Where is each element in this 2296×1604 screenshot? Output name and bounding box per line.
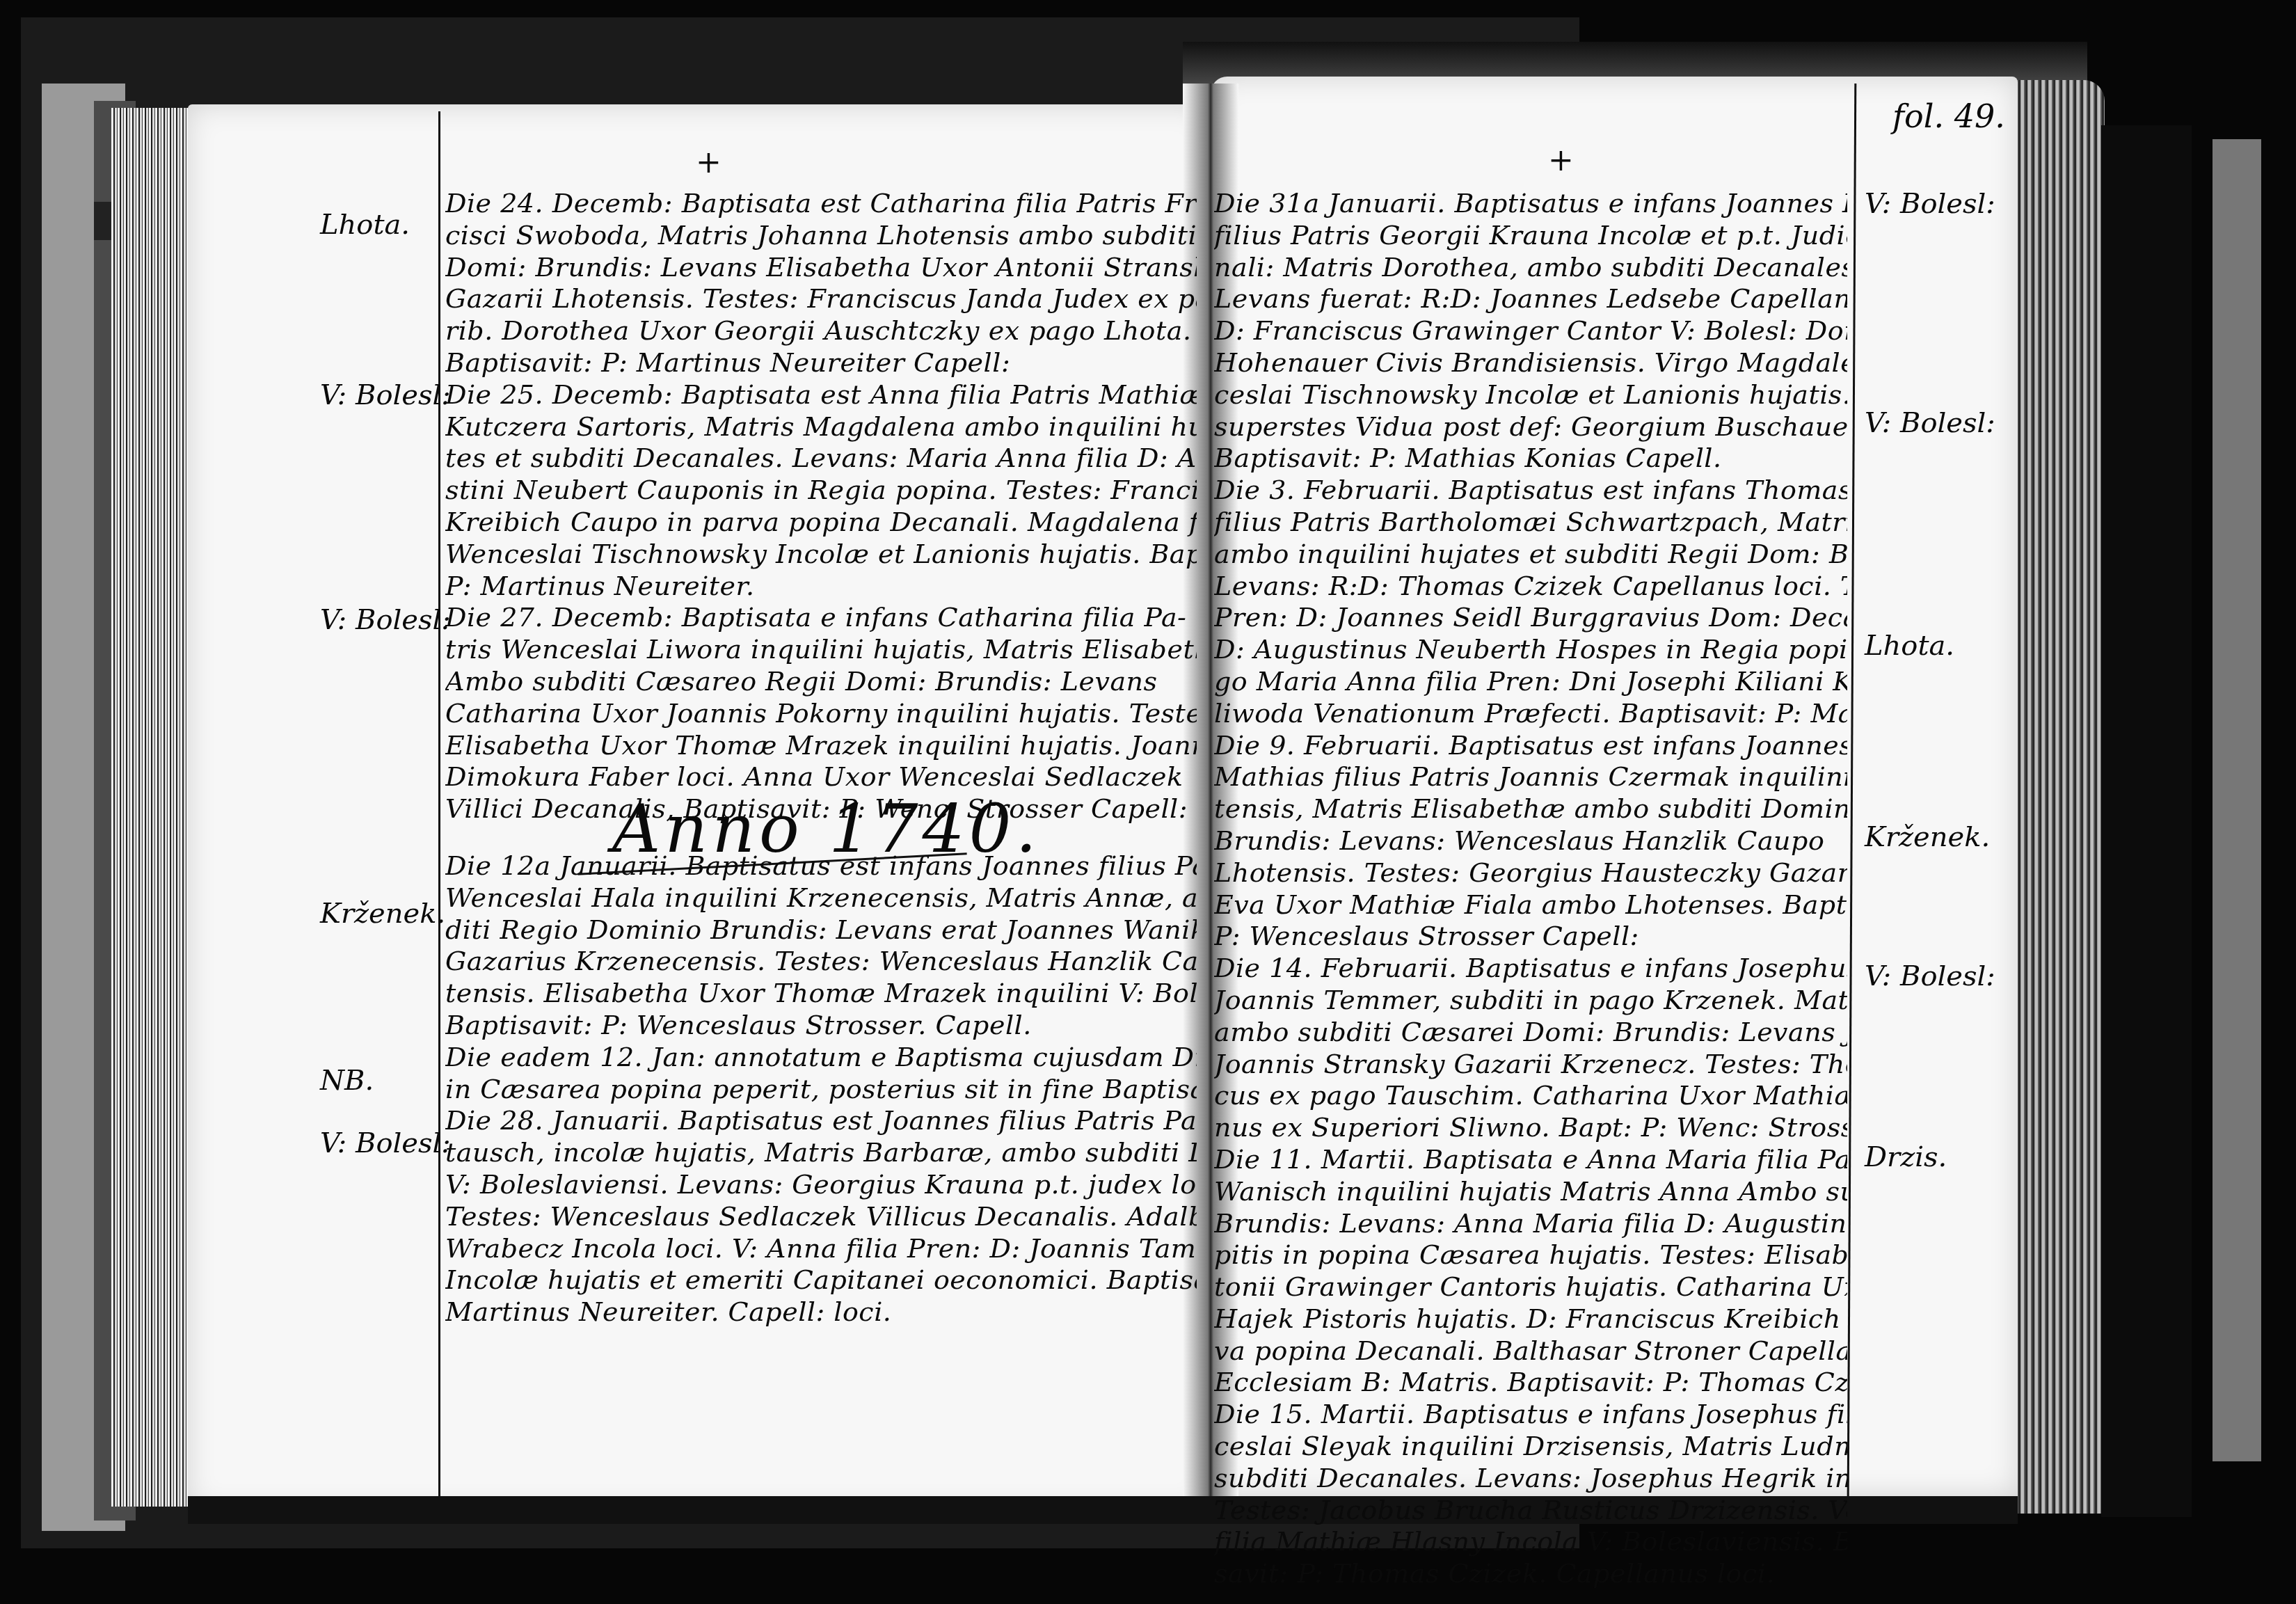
margin-place-note: V: Bolesl:: [320, 379, 451, 411]
handwritten-line: tensis. Elisabetha Uxor Thomæ Mrazek inq…: [445, 978, 1197, 1010]
handwritten-line: filia Mathiæ Hlasny Incola V: Boleslavie…: [1214, 1526, 1847, 1558]
background-board-right: [2213, 139, 2261, 1461]
handwritten-line: Die 15. Martii. Baptisatus e infans Jose…: [1214, 1399, 1847, 1431]
handwritten-line: savit: P: Thomas Czizek. Capellanus loci…: [1214, 1558, 1847, 1590]
handwritten-line: Wrabecz Incola loci. V: Anna filia Pren:…: [445, 1233, 1197, 1265]
handwritten-line: nus ex Superiori Sliwno. Bapt: P: Wenc: …: [1214, 1112, 1847, 1144]
handwritten-line: Baptisavit: P: Mathias Konias Capell.: [1214, 443, 1847, 475]
margin-place-note: Drzis.: [1865, 1141, 1947, 1173]
handwritten-line: Kutczera Sartoris, Matris Magdalena ambo…: [445, 411, 1197, 443]
handwritten-line: subditi Decanales. Levans: Josephus Hegr…: [1214, 1463, 1847, 1495]
left-page-entries-1740: Die 12a Januarii. Baptisatus est infans …: [445, 850, 1197, 1328]
handwritten-line: go Maria Anna filia Pren: Dni Josephi Ki…: [1214, 666, 1847, 698]
handwritten-line: Domi: Brundis: Levans Elisabetha Uxor An…: [445, 252, 1197, 284]
margin-place-note: Lhota.: [320, 209, 410, 241]
handwritten-line: Die 9. Februarii. Baptisatus est infans …: [1214, 730, 1847, 762]
handwritten-line: Gazarius Krzenecensis. Testes: Wenceslau…: [445, 946, 1197, 978]
left-page-entries-1739: Die 24. Decemb: Baptisata est Catharina …: [445, 188, 1197, 825]
handwritten-line: Martinus Neureiter. Capell: loci.: [445, 1296, 1197, 1328]
handwritten-line: Brundis: Levans: Anna Maria filia D: Aug…: [1214, 1208, 1847, 1240]
handwritten-line: Joannis Temmer, subditi in pago Krzenek.…: [1214, 985, 1847, 1017]
handwritten-line: Dimokura Faber loci. Anna Uxor Wenceslai…: [445, 761, 1197, 793]
handwritten-line: Ambo subditi Cæsareo Regii Domi: Brundis…: [445, 666, 1197, 698]
margin-place-note: V: Bolesl:: [320, 1127, 451, 1159]
margin-place-note: V: Bolesl:: [320, 604, 451, 636]
handwritten-line: Die 28. Januarii. Baptisatus est Joannes…: [445, 1105, 1197, 1137]
handwritten-line: Die eadem 12. Jan: annotatum e Baptisma …: [445, 1042, 1197, 1074]
margin-place-note: V: Bolesl:: [1865, 188, 1995, 220]
handwritten-line: Kreibich Caupo in parva popina Decanali.…: [445, 507, 1197, 539]
handwritten-line: in Cæsarea popina peperit, posterius sit…: [445, 1074, 1197, 1106]
cross-mark-right: +: [1548, 143, 1574, 178]
handwritten-line: P: Martinus Neureiter.: [445, 571, 1197, 603]
handwritten-line: filius Patris Georgii Krauna Incolæ et p…: [1214, 220, 1847, 252]
handwritten-line: Die 25. Decemb: Baptisata est Anna filia…: [445, 379, 1197, 411]
handwritten-line: Eva Uxor Mathiæ Fiala ambo Lhotenses. Ba…: [1214, 889, 1847, 921]
handwritten-line: nali: Matris Dorothea, ambo subditi Deca…: [1214, 252, 1847, 284]
handwritten-line: Mathias filius Patris Joannis Czermak in…: [1214, 761, 1847, 793]
handwritten-line: Catharina Uxor Joannis Pokorny inquilini…: [445, 698, 1197, 730]
handwritten-line: Incolæ hujatis et emeriti Capitanei oeco…: [445, 1264, 1197, 1296]
handwritten-line: V: Boleslaviensi. Levans: Georgius Kraun…: [445, 1169, 1197, 1201]
handwritten-line: Levans fuerat: R:D: Joannes Ledsebe Cape…: [1214, 283, 1847, 315]
book-cover-right: [2101, 125, 2192, 1517]
handwritten-line: Baptisavit: P: Wenceslaus Strosser. Cape…: [445, 1010, 1197, 1042]
margin-place-note: NB.: [320, 1065, 374, 1097]
cross-mark-left: +: [696, 145, 722, 180]
handwritten-line: Gazarii Lhotensis. Testes: Franciscus Ja…: [445, 283, 1197, 315]
handwritten-line: tes et subditi Decanales. Levans: Maria …: [445, 443, 1197, 475]
handwritten-line: Testes: Wenceslaus Sedlaczek Villicus De…: [445, 1201, 1197, 1233]
handwritten-line: Brundis: Levans: Wenceslaus Hanzlik Caup…: [1214, 825, 1847, 857]
handwritten-line: cus ex pago Tauschim. Catharina Uxor Mat…: [1214, 1080, 1847, 1112]
handwritten-line: diti Regio Dominio Brundis: Levans erat …: [445, 914, 1197, 946]
margin-place-note: Krženek.: [1865, 821, 1990, 853]
handwritten-line: Joannis Stransky Gazarii Krzenecz. Teste…: [1214, 1049, 1847, 1081]
handwritten-line: Die 14. Februarii. Baptisatus e infans J…: [1214, 953, 1847, 985]
margin-place-note: Krženek.: [320, 898, 445, 930]
handwritten-line: liwoda Venationum Præfecti. Baptisavit: …: [1214, 698, 1847, 730]
handwritten-line: Die 27. Decemb: Baptisata e infans Catha…: [445, 602, 1197, 634]
handwritten-line: Die 11. Martii. Baptisata e Anna Maria f…: [1214, 1144, 1847, 1176]
handwritten-line: Wenceslai Tischnowsky Incolæ et Lanionis…: [445, 539, 1197, 571]
handwritten-line: D: Franciscus Grawinger Cantor V: Bolesl…: [1214, 315, 1847, 347]
handwritten-line: ceslai Sleyak inquilini Drzisensis, Matr…: [1214, 1431, 1847, 1463]
margin-place-note: Lhota.: [1865, 630, 1954, 662]
handwritten-line: Hohenauer Civis Brandisiensis. Virgo Mag…: [1214, 347, 1847, 379]
handwritten-line: Die 31a Januarii. Baptisatus e infans Jo…: [1214, 188, 1847, 220]
handwritten-line: filius Patris Bartholomæi Schwartzpach, …: [1214, 507, 1847, 539]
handwritten-line: Pren: D: Joannes Seidl Burggravius Dom: …: [1214, 602, 1847, 634]
handwritten-line: Wanisch inquilini hujatis Matris Anna Am…: [1214, 1176, 1847, 1208]
handwritten-line: Testes: Jacobus Brucha Rusticus Drzizens…: [1214, 1495, 1847, 1527]
handwritten-line: Elisabetha Uxor Thomæ Mrazek inquilini h…: [445, 730, 1197, 762]
handwritten-line: Die 24. Decemb: Baptisata est Catharina …: [445, 188, 1197, 220]
handwritten-line: pitis in popina Cæsarea hujatis. Testes:…: [1214, 1239, 1847, 1271]
margin-place-note: V: Bolesl:: [1865, 960, 1995, 992]
handwritten-line: Ecclesiam B: Matris. Baptisavit: P: Thom…: [1214, 1367, 1847, 1399]
right-page-entries: Die 31a Januarii. Baptisatus e infans Jo…: [1214, 188, 1847, 1590]
handwritten-line: P: Wenceslaus Strosser Capell:: [1214, 921, 1847, 953]
handwritten-line: tausch, incolæ hujatis, Matris Barbaræ, …: [445, 1137, 1197, 1169]
margin-place-note: V: Bolesl:: [1865, 407, 1995, 439]
handwritten-line: stini Neubert Cauponis in Regia popina. …: [445, 475, 1197, 507]
handwritten-line: Die 3. Februarii. Baptisatus est infans …: [1214, 475, 1847, 507]
handwritten-line: cisci Swoboda, Matris Johanna Lhotensis …: [445, 220, 1197, 252]
handwritten-line: Hajek Pistoris hujatis. D: Franciscus Kr…: [1214, 1303, 1847, 1335]
handwritten-line: superstes Vidua post def: Georgium Busch…: [1214, 411, 1847, 443]
handwritten-line: tensis, Matris Elisabethæ ambo subditi D…: [1214, 793, 1847, 825]
handwritten-line: D: Augustinus Neuberth Hospes in Regia p…: [1214, 634, 1847, 666]
handwritten-line: rib. Dorothea Uxor Georgii Auschtczky ex…: [445, 315, 1197, 347]
folio-number: fol. 49.: [1892, 97, 2005, 135]
handwritten-line: Die 12a Januarii. Baptisatus est infans …: [445, 850, 1197, 882]
page-block-right: [2014, 80, 2105, 1514]
handwritten-line: Baptisavit: P: Martinus Neureiter Capell…: [445, 347, 1197, 379]
left-margin-rule: [438, 111, 440, 1503]
handwritten-line: Lhotensis. Testes: Georgius Hausteczky G…: [1214, 857, 1847, 889]
handwritten-line: tris Wenceslai Liwora inquilini hujatis,…: [445, 634, 1197, 666]
page-block-left: [111, 108, 188, 1507]
handwritten-line: va popina Decanali. Balthasar Stroner Ca…: [1214, 1335, 1847, 1367]
handwritten-line: ambo inquilini hujates et subditi Regii …: [1214, 539, 1847, 571]
handwritten-line: ambo subditi Cæsarei Domi: Brundis: Leva…: [1214, 1017, 1847, 1049]
handwritten-line: Wenceslai Hala inquilini Krzenecensis, M…: [445, 882, 1197, 914]
handwritten-line: Levans: R:D: Thomas Czizek Capellanus lo…: [1214, 571, 1847, 603]
handwritten-line: ceslai Tischnowsky Incolæ et Lanionis hu…: [1214, 379, 1847, 411]
handwritten-line: tonii Grawinger Cantoris hujatis. Cathar…: [1214, 1271, 1847, 1303]
